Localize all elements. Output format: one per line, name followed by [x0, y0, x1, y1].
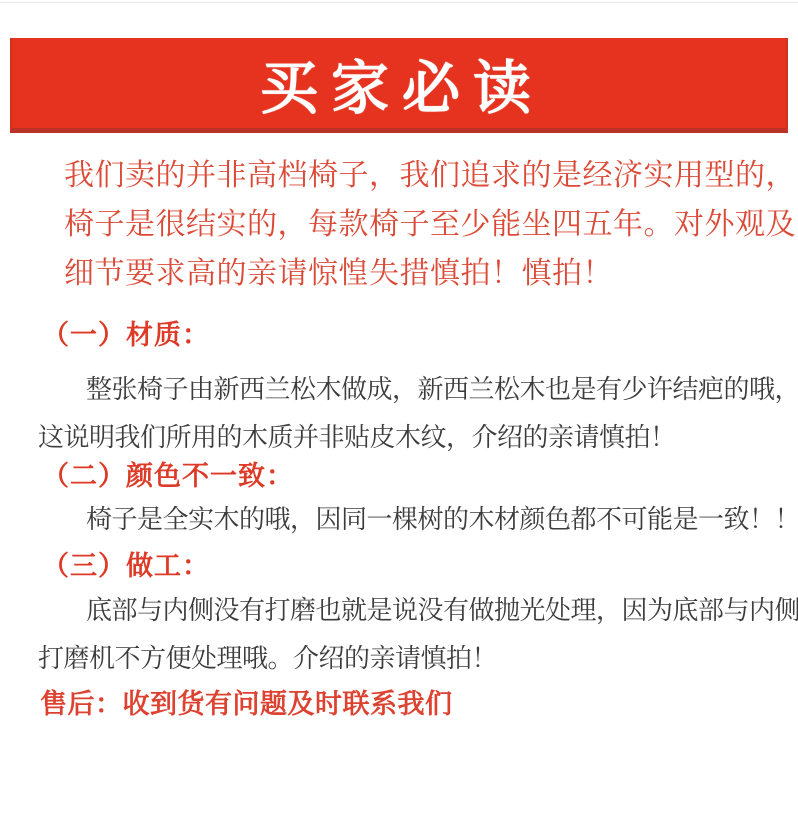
intro-line-1: 我们卖的并非高档椅子，我们追求的是经济实用型的， — [64, 151, 764, 200]
section-2-heading: （二）颜色不一致： — [42, 454, 294, 493]
section-2-line-1: 椅子是全实木的哦，因同一棵树的木材颜色都不可能是一致！！ — [86, 499, 798, 536]
aftersale-note: 售后：收到货有问题及时联系我们 — [40, 682, 453, 721]
intro-line-2: 椅子是很结实的，每款椅子至少能坐四五年。对外观及 — [64, 200, 764, 249]
section-1-heading: （一）材质： — [42, 313, 210, 352]
section-3-line-2: 打磨机不方便处理哦。介绍的亲请慎拍！ — [38, 638, 497, 675]
section-3-heading: （三）做工： — [42, 544, 210, 583]
intro-line-3: 细节要求高的亲请惊惶失措慎拍！慎拍！ — [64, 249, 764, 298]
section-1-line-1: 整张椅子由新西兰松木做成，新西兰松木也是有少许结疤的哦， — [86, 369, 798, 406]
section-1-line-2: 这说明我们所用的木质并非贴皮木纹，介绍的亲请慎拍！ — [38, 417, 676, 454]
banner-title: 买家必读 — [260, 41, 544, 125]
intro-paragraph: 我们卖的并非高档椅子，我们追求的是经济实用型的， 椅子是很结实的，每款椅子至少能… — [64, 151, 764, 298]
section-3-line-1: 底部与内侧没有打磨也就是说没有做抛光处理，因为底部与内侧 — [86, 590, 798, 627]
top-divider — [0, 2, 798, 3]
buyer-notice-banner: 买家必读 — [10, 38, 788, 133]
buyer-notice-page: 买家必读 我们卖的并非高档椅子，我们追求的是经济实用型的， 椅子是很结实的，每款… — [0, 0, 798, 816]
